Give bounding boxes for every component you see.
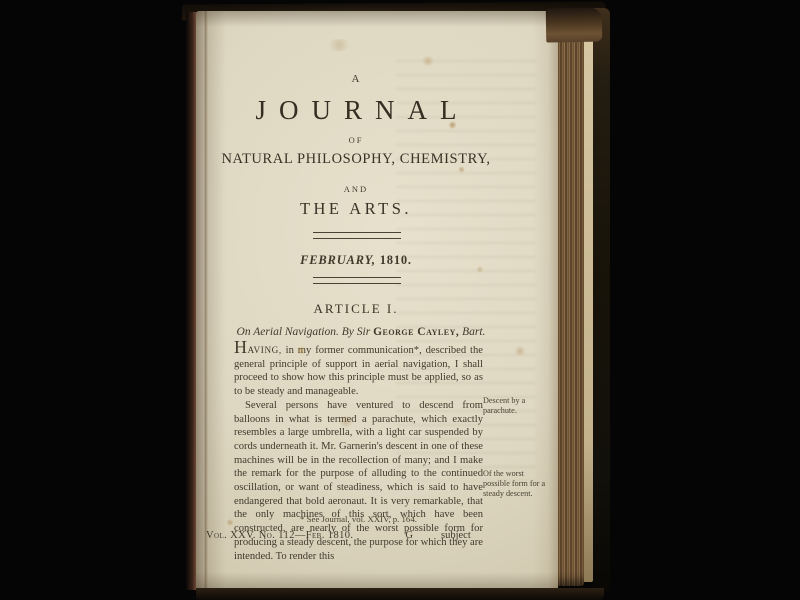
issue-date: FEBRUARY, 1810. xyxy=(196,253,516,268)
masthead-of: OF xyxy=(196,135,516,145)
double-rule-divider xyxy=(313,232,401,239)
masthead-article-a: A xyxy=(196,73,516,85)
signature-mark: G xyxy=(405,530,413,541)
masthead-and: AND xyxy=(196,184,516,194)
journal-title-page: A JOURNAL OF NATURAL PHILOSOPHY, CHEMIST… xyxy=(196,11,558,592)
photograph-of-open-book: A JOURNAL OF NATURAL PHILOSOPHY, CHEMIST… xyxy=(0,0,800,600)
masthead-title: JOURNAL xyxy=(196,95,516,126)
byline-suffix: Bart. xyxy=(462,326,485,338)
catchword: subject xyxy=(441,530,471,541)
byline-title: On Aerial Navigation. xyxy=(237,326,339,338)
fox-spot xyxy=(421,56,435,66)
book-back-cover-edge xyxy=(593,8,610,592)
masthead-subjects: NATURAL PHILOSOPHY, CHEMISTRY, xyxy=(196,151,516,168)
fox-spot xyxy=(326,39,352,51)
fox-spot xyxy=(226,519,234,526)
article-heading: ARTICLE I. xyxy=(196,301,516,317)
margin-note-worst-form: Of the worst possible form for a steady … xyxy=(483,469,547,498)
byline-by: By Sir xyxy=(342,326,370,338)
paragraph-1: HAVING, in my former communication*, des… xyxy=(234,342,483,399)
book-bottom-edge xyxy=(196,588,604,600)
volume-issue-line: Vol. XXV. No. 112—Feb. 1810. xyxy=(206,530,353,541)
fore-edge-top-corner xyxy=(546,8,603,43)
margin-note-parachute: Descent by a parachute. xyxy=(483,396,547,416)
double-rule-divider xyxy=(313,277,401,284)
issue-month: FEBRUARY, xyxy=(300,253,376,267)
issue-year: 1810. xyxy=(380,253,412,267)
book-fore-edge-pages xyxy=(558,14,584,586)
opening-word-caps: AVING, xyxy=(248,345,282,355)
footnote-reference: * See Journal, vol. XXIV, p. 164. xyxy=(234,514,483,524)
byline-author: George Cayley, xyxy=(373,326,459,338)
drop-initial: H xyxy=(234,337,248,357)
page-footer: Vol. XXV. No. 112—Feb. 1810. G subject xyxy=(206,530,506,541)
fox-spot xyxy=(514,346,526,356)
masthead-the-arts: THE ARTS. xyxy=(196,199,516,219)
fore-edge-light-strip xyxy=(584,18,593,582)
